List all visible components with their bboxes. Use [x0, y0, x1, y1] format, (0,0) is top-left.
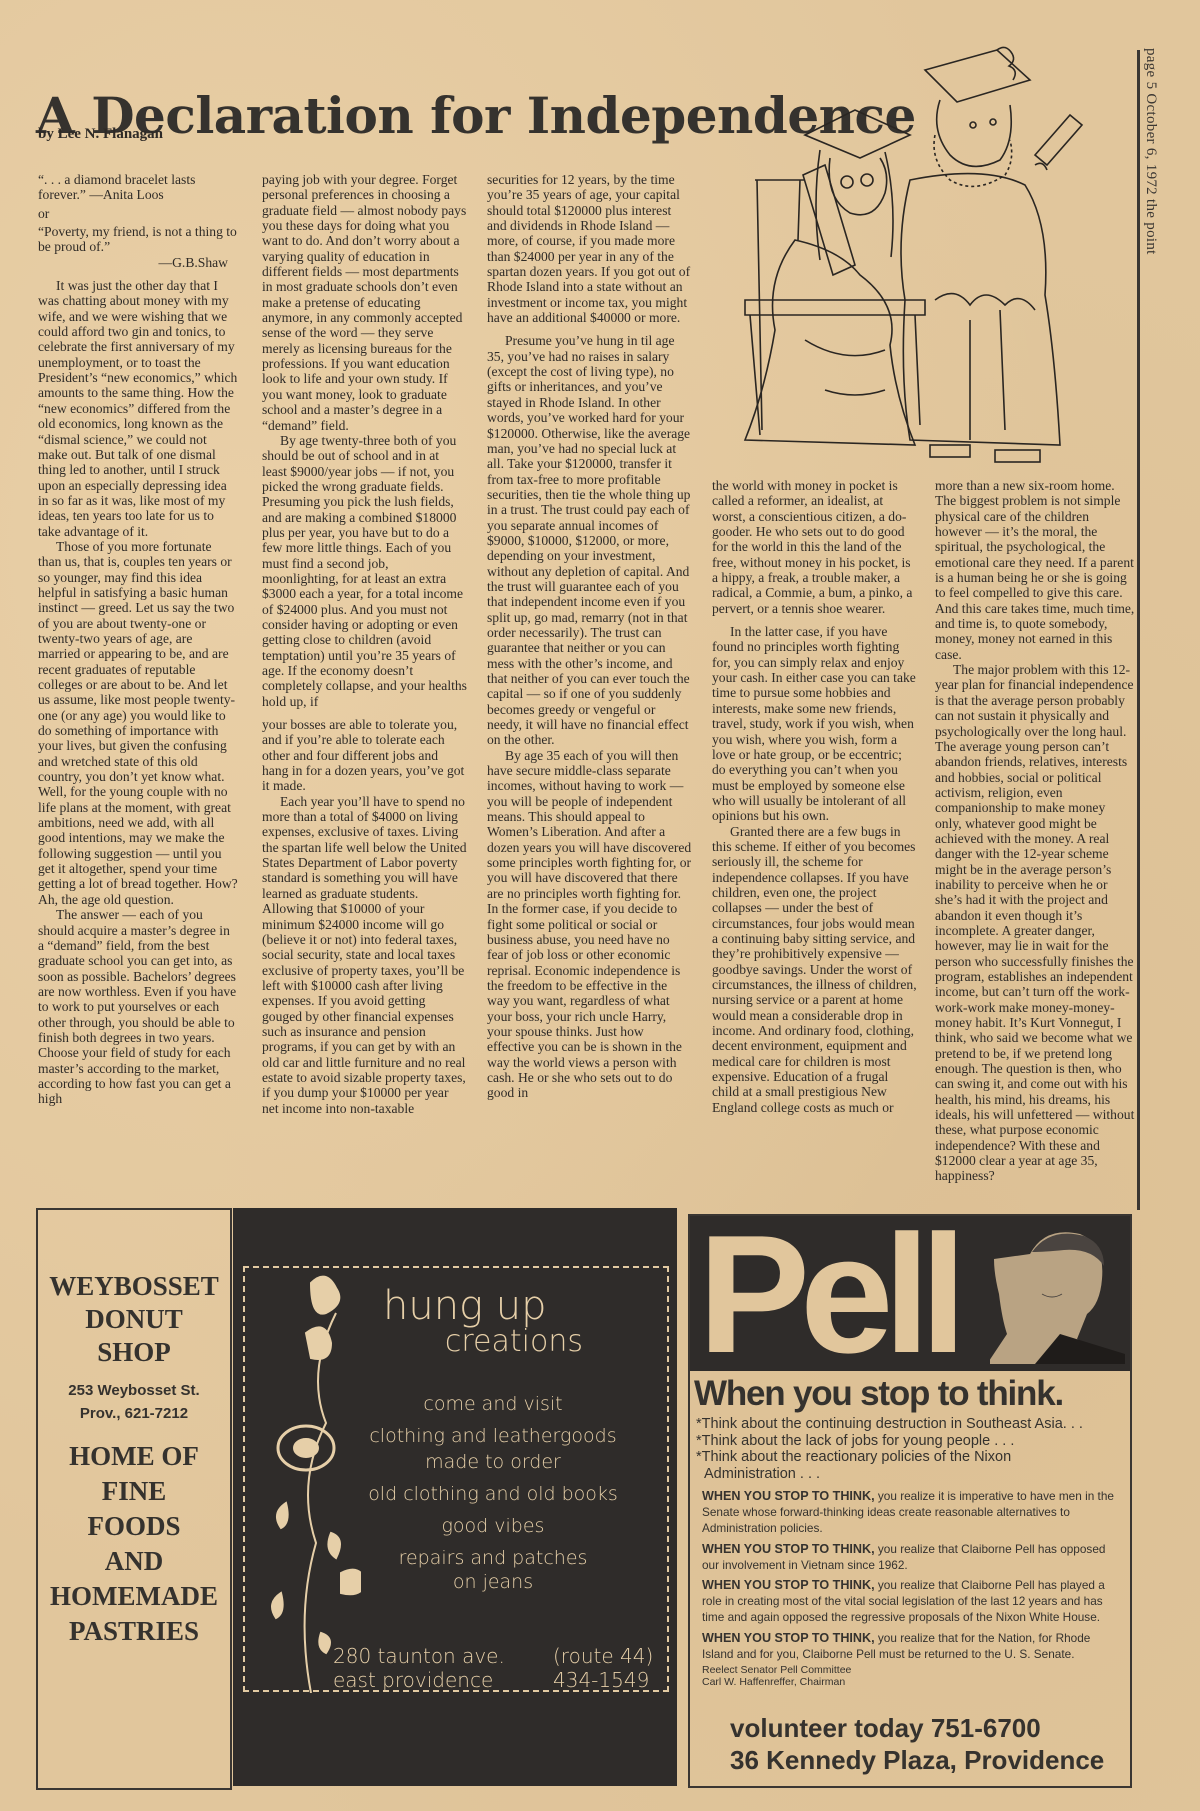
ad-hung-address: 280 taunton ave. east providence — [333, 1644, 505, 1692]
ad-weybosset-donut-shop: WEYBOSSET DONUT SHOP 253 Weybosset St. P… — [36, 1208, 232, 1790]
epigraph-2: “Poverty, my friend, is not a thing to b… — [38, 224, 238, 255]
paragraph: Those of you more fortunate than us, tha… — [38, 539, 238, 907]
paragraph: Presume you’ve hung in til age 35, you’v… — [487, 333, 692, 747]
paragraph: The major problem with this 12-year plan… — [935, 662, 1135, 1184]
pell-committee: Reelect Senator Pell Committee Carl W. H… — [702, 1664, 1122, 1688]
paragraph: Granted there are a few bugs in this sch… — [712, 824, 917, 1116]
paragraph: It was just the other day that I was cha… — [38, 278, 238, 539]
pell-body: WHEN YOU STOP TO THINK, you realize it i… — [702, 1488, 1122, 1688]
byline: by Lee N. Flanagan — [38, 126, 163, 143]
margin-rule — [1137, 50, 1140, 1210]
pell-paragraph: WHEN YOU STOP TO THINK, you realize it i… — [702, 1488, 1122, 1537]
pell-tagline: When you stop to think. — [694, 1374, 1063, 1414]
paragraph: Each year you’ll have to spend no more t… — [262, 794, 467, 1116]
article-column-5: more than a new six-room home. The bigge… — [935, 478, 1135, 1184]
paragraph: the world with money in pocket is called… — [712, 478, 917, 616]
article-column-4: the world with money in pocket is called… — [712, 478, 917, 1115]
ad-hung-up-creations: hung up creations come and visit clothin… — [233, 1208, 677, 1786]
pell-volunteer-cta: volunteer today 751-6700 36 Kennedy Plaz… — [730, 1712, 1104, 1776]
pell-paragraph: WHEN YOU STOP TO THINK, you realize that… — [702, 1577, 1122, 1626]
paragraph: paying job with your degree. Forget pers… — [262, 172, 467, 433]
epigraph-1: “. . . a diamond bracelet lasts forever.… — [38, 172, 238, 203]
paragraph: By age 35 each of you will then have sec… — [487, 748, 692, 1101]
ad-hung-services: come and visit clothing and leathergoods… — [333, 1388, 653, 1598]
epigraph-or: or — [38, 206, 238, 221]
ad-hung-title: hung up creations — [383, 1288, 583, 1360]
paragraph: The answer — each of you should acquire … — [38, 907, 238, 1106]
ad-shop-slogan: HOME OF FINE FOODS AND HOMEMADE PASTRIES — [38, 1439, 230, 1649]
pell-banner: Pell — [690, 1216, 1130, 1371]
ad-pell-campaign: Pell When you stop to think. *Think abou… — [688, 1214, 1132, 1788]
candidate-portrait — [990, 1224, 1125, 1364]
article-column-1: “. . . a diamond bracelet lasts forever.… — [38, 172, 238, 1107]
ad-hung-phone: (route 44) 434-1549 — [553, 1644, 653, 1692]
pell-bullets: *Think about the continuing destruction … — [696, 1416, 1083, 1482]
folio: page 5 October 6, 1972 the point — [1142, 48, 1159, 255]
ad-shop-address: 253 Weybosset St. Prov., 621-7212 — [38, 1379, 230, 1425]
mortarboard-icon — [805, 110, 910, 158]
paragraph: By age twenty-three both of you should b… — [262, 433, 467, 709]
ad-shop-name: WEYBOSSET DONUT SHOP — [38, 1270, 230, 1369]
paragraph: your bosses are able to tolerate you, an… — [262, 717, 467, 794]
pell-logo: Pell — [698, 1194, 957, 1394]
paragraph: more than a new six-room home. The bigge… — [935, 478, 1135, 662]
pell-paragraph: WHEN YOU STOP TO THINK, you realize that… — [702, 1541, 1122, 1573]
graduation-illustration — [735, 40, 1135, 480]
epigraph-2-attribution: —G.B.Shaw — [38, 255, 238, 270]
article-column-3: securities for 12 years, by the time you… — [487, 172, 692, 1101]
pell-paragraph: WHEN YOU STOP TO THINK, you realize that… — [702, 1630, 1122, 1662]
paragraph: In the latter case, if you have found no… — [712, 624, 917, 823]
article-column-2: paying job with your degree. Forget pers… — [262, 172, 467, 1116]
paragraph: securities for 12 years, by the time you… — [487, 172, 692, 325]
